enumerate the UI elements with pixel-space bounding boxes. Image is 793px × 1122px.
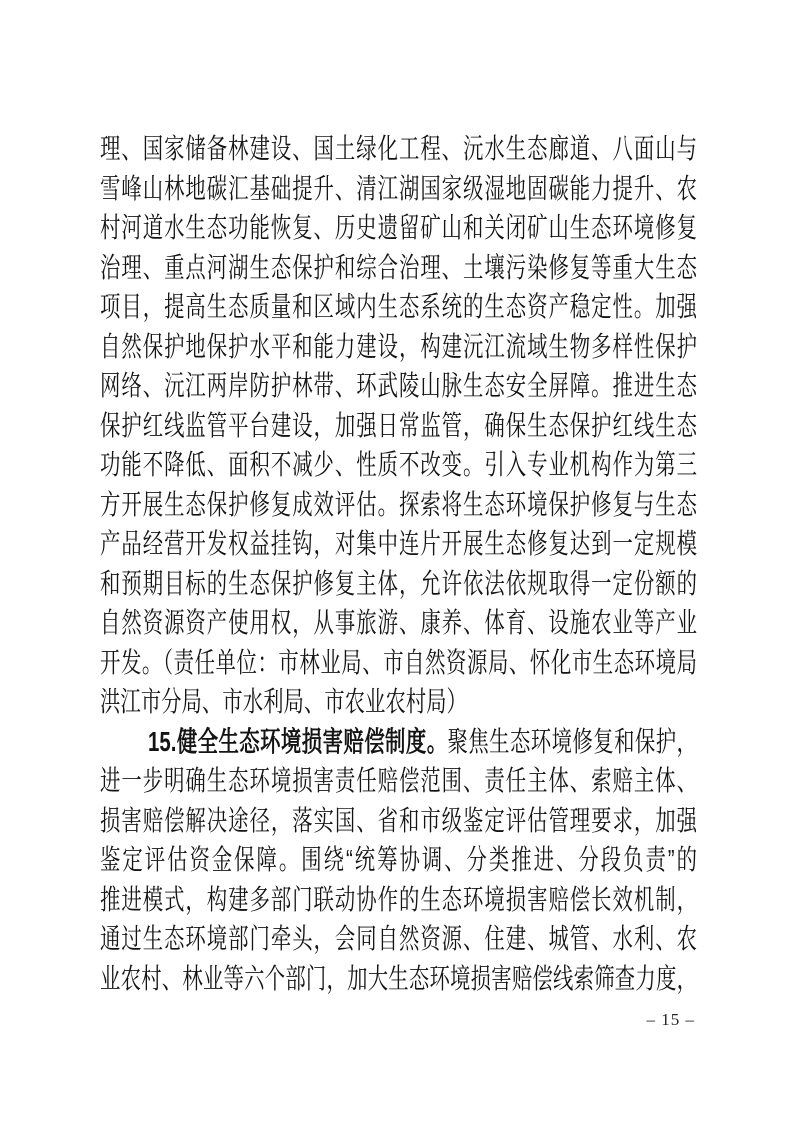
text-line: 15.健全生态环境损害赔偿制度。聚焦生态环境修复和保护， xyxy=(100,722,697,762)
text-line: 功能不降低、面积不减少、性质不改变。引入专业机构作为第三 xyxy=(100,445,697,485)
document-page: 理、国家储备林建设、国土绿化工程、沅水生态廊道、八面山与雪峰山林地碳汇基础提升、… xyxy=(0,0,793,1122)
text-line: 和预期目标的生态保护修复主体，允许依法依规取得一定份额的 xyxy=(100,564,697,604)
text-column: 理、国家储备林建设、国土绿化工程、沅水生态廊道、八面山与雪峰山林地碳汇基础提升、… xyxy=(100,129,697,998)
text-line: 产品经营开发权益挂钩，对集中连片开展生态修复达到一定规模 xyxy=(100,524,697,564)
text-line: 洪江市分局、市水利局、市农业农村局） xyxy=(100,682,697,722)
text-line: 治理、重点河湖生态保护和综合治理、土壤污染修复等重大生态 xyxy=(100,248,697,288)
text-line: 损害赔偿解决途径，落实国、省和市级鉴定评估管理要求，加强 xyxy=(100,801,697,841)
text-line: 开发。（责任单位：市林业局、市自然资源局、怀化市生态环境局 xyxy=(100,643,697,683)
text-line: 业农村、林业等六个部门，加大生态环境损害赔偿线索筛查力度， xyxy=(100,959,697,999)
text-line: 推进模式，构建多部门联动协作的生态环境损害赔偿长效机制， xyxy=(100,880,697,920)
text-line: 方开展生态保护修复成效评估。探索将生态环境保护修复与生态 xyxy=(100,485,697,525)
text-line: 自然资源资产使用权，从事旅游、康养、体育、设施农业等产业 xyxy=(100,603,697,643)
text-line: 村河道水生态功能恢复、历史遗留矿山和关闭矿山生态环境修复 xyxy=(100,208,697,248)
text-line: 雪峰山林地碳汇基础提升、清江湖国家级湿地固碳能力提升、农 xyxy=(100,169,697,209)
page-number: – 15 – xyxy=(647,1010,696,1030)
text-line: 网络、沅江两岸防护林带、环武陵山脉生态安全屏障。推进生态 xyxy=(100,366,697,406)
text-line: 进一步明确生态环境损害责任赔偿范围、责任主体、索赔主体、 xyxy=(100,761,697,801)
text-line: 通过生态环境部门牵头，会同自然资源、住建、城管、水利、农 xyxy=(100,919,697,959)
text-line: 自然保护地保护水平和能力建设，构建沅江流域生物多样性保护 xyxy=(100,327,697,367)
text-line: 保护红线监管平台建设，加强日常监管，确保生态保护红线生态 xyxy=(100,406,697,446)
paragraph-15-heading: 15.健全生态环境损害赔偿制度。 xyxy=(148,726,447,757)
text-line: 理、国家储备林建设、国土绿化工程、沅水生态廊道、八面山与 xyxy=(100,129,697,169)
text-line: 鉴定评估资金保障。围绕“统筹协调、分类推进、分段负责”的 xyxy=(100,840,697,880)
text-line: 项目，提高生态质量和区域内生态系统的生态资产稳定性。加强 xyxy=(100,287,697,327)
